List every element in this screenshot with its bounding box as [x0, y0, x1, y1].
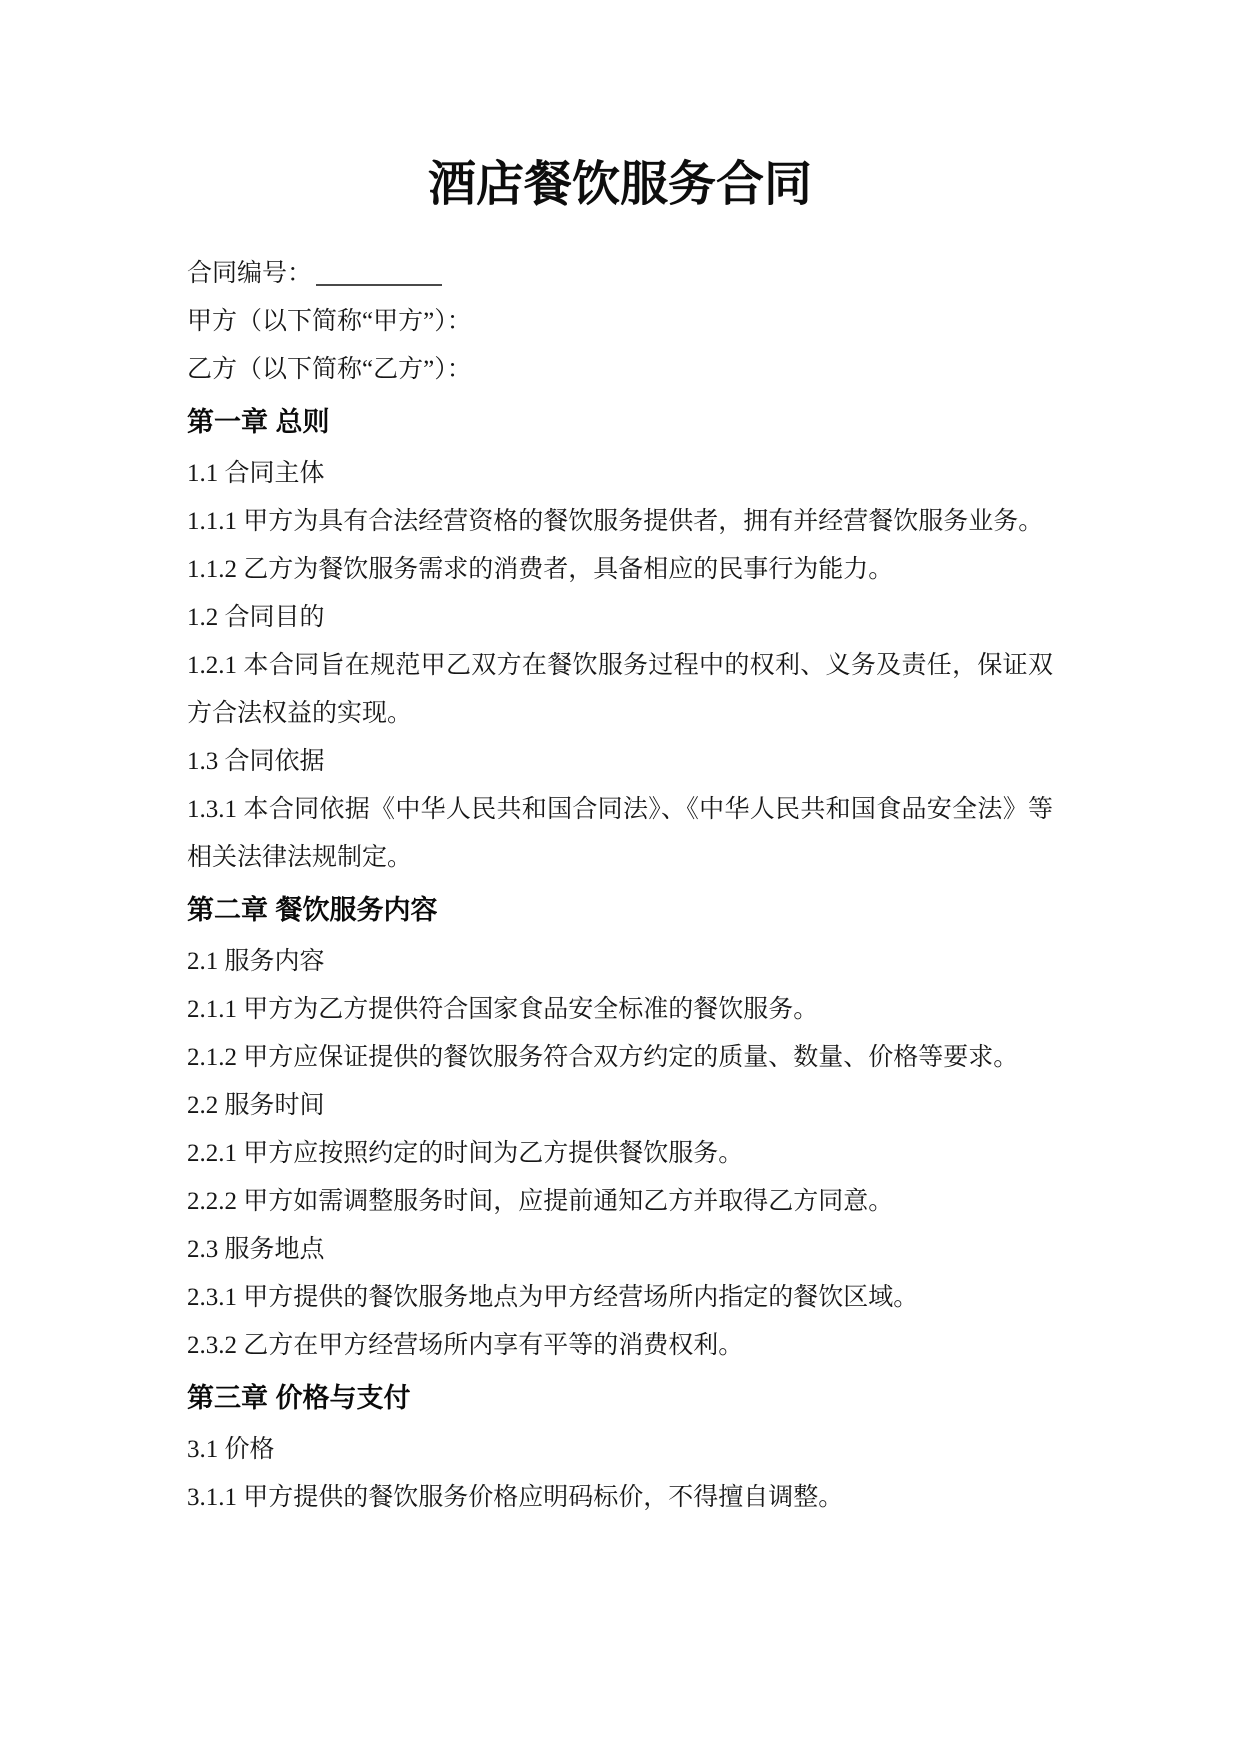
chapter-heading: 第三章 价格与支付 [187, 1370, 1053, 1426]
clause-paragraph: 2.1.2 甲方应保证提供的餐饮服务符合双方约定的质量、数量、价格等要求。 [187, 1034, 1053, 1082]
clause-paragraph: 2.3.1 甲方提供的餐饮服务地点为甲方经营场所内指定的餐饮区域。 [187, 1274, 1053, 1322]
contract-page: 酒店餐饮服务合同 合同编号：甲方（以下简称“甲方”）：乙方（以下简称“乙方”）：… [0, 0, 1240, 1753]
clause-paragraph: 2.2 服务时间 [187, 1082, 1053, 1130]
document-body: 合同编号：甲方（以下简称“甲方”）：乙方（以下简称“乙方”）：第一章 总则1.1… [187, 250, 1053, 1522]
chapter-heading: 第一章 总则 [187, 394, 1053, 450]
clause-paragraph: 1.1 合同主体 [187, 450, 1053, 498]
contract-content: 酒店餐饮服务合同 合同编号：甲方（以下简称“甲方”）：乙方（以下简称“乙方”）：… [187, 150, 1053, 1522]
clause-paragraph: 1.3 合同依据 [187, 738, 1053, 786]
contract-no-blank-field[interactable] [316, 280, 442, 286]
clause-paragraph: 2.2.1 甲方应按照约定的时间为乙方提供餐饮服务。 [187, 1130, 1053, 1178]
clause-paragraph: 1.2 合同目的 [187, 594, 1053, 642]
clause-paragraph: 2.3.2 乙方在甲方经营场所内享有平等的消费权利。 [187, 1322, 1053, 1370]
contract-no-label: 合同编号： [187, 260, 312, 287]
document-title: 酒店餐饮服务合同 [187, 150, 1053, 220]
contract-no-line: 合同编号： [187, 250, 1053, 298]
clause-paragraph: 1.2.1 本合同旨在规范甲乙双方在餐饮服务过程中的权利、义务及责任，保证双方合… [187, 642, 1053, 738]
clause-paragraph: 1.1.1 甲方为具有合法经营资格的餐饮服务提供者，拥有并经营餐饮服务业务。 [187, 498, 1053, 546]
clause-paragraph: 3.1 价格 [187, 1426, 1053, 1474]
clause-paragraph: 甲方（以下简称“甲方”）： [187, 298, 1053, 346]
clause-paragraph: 1.3.1 本合同依据《中华人民共和国合同法》、《中华人民共和国食品安全法》等相… [187, 786, 1053, 882]
clause-paragraph: 3.1.1 甲方提供的餐饮服务价格应明码标价，不得擅自调整。 [187, 1474, 1053, 1522]
clause-paragraph: 1.1.2 乙方为餐饮服务需求的消费者，具备相应的民事行为能力。 [187, 546, 1053, 594]
clause-paragraph: 乙方（以下简称“乙方”）： [187, 346, 1053, 394]
clause-paragraph: 2.1.1 甲方为乙方提供符合国家食品安全标准的餐饮服务。 [187, 986, 1053, 1034]
clause-paragraph: 2.2.2 甲方如需调整服务时间，应提前通知乙方并取得乙方同意。 [187, 1178, 1053, 1226]
clause-paragraph: 2.3 服务地点 [187, 1226, 1053, 1274]
clause-paragraph: 2.1 服务内容 [187, 938, 1053, 986]
chapter-heading: 第二章 餐饮服务内容 [187, 882, 1053, 938]
